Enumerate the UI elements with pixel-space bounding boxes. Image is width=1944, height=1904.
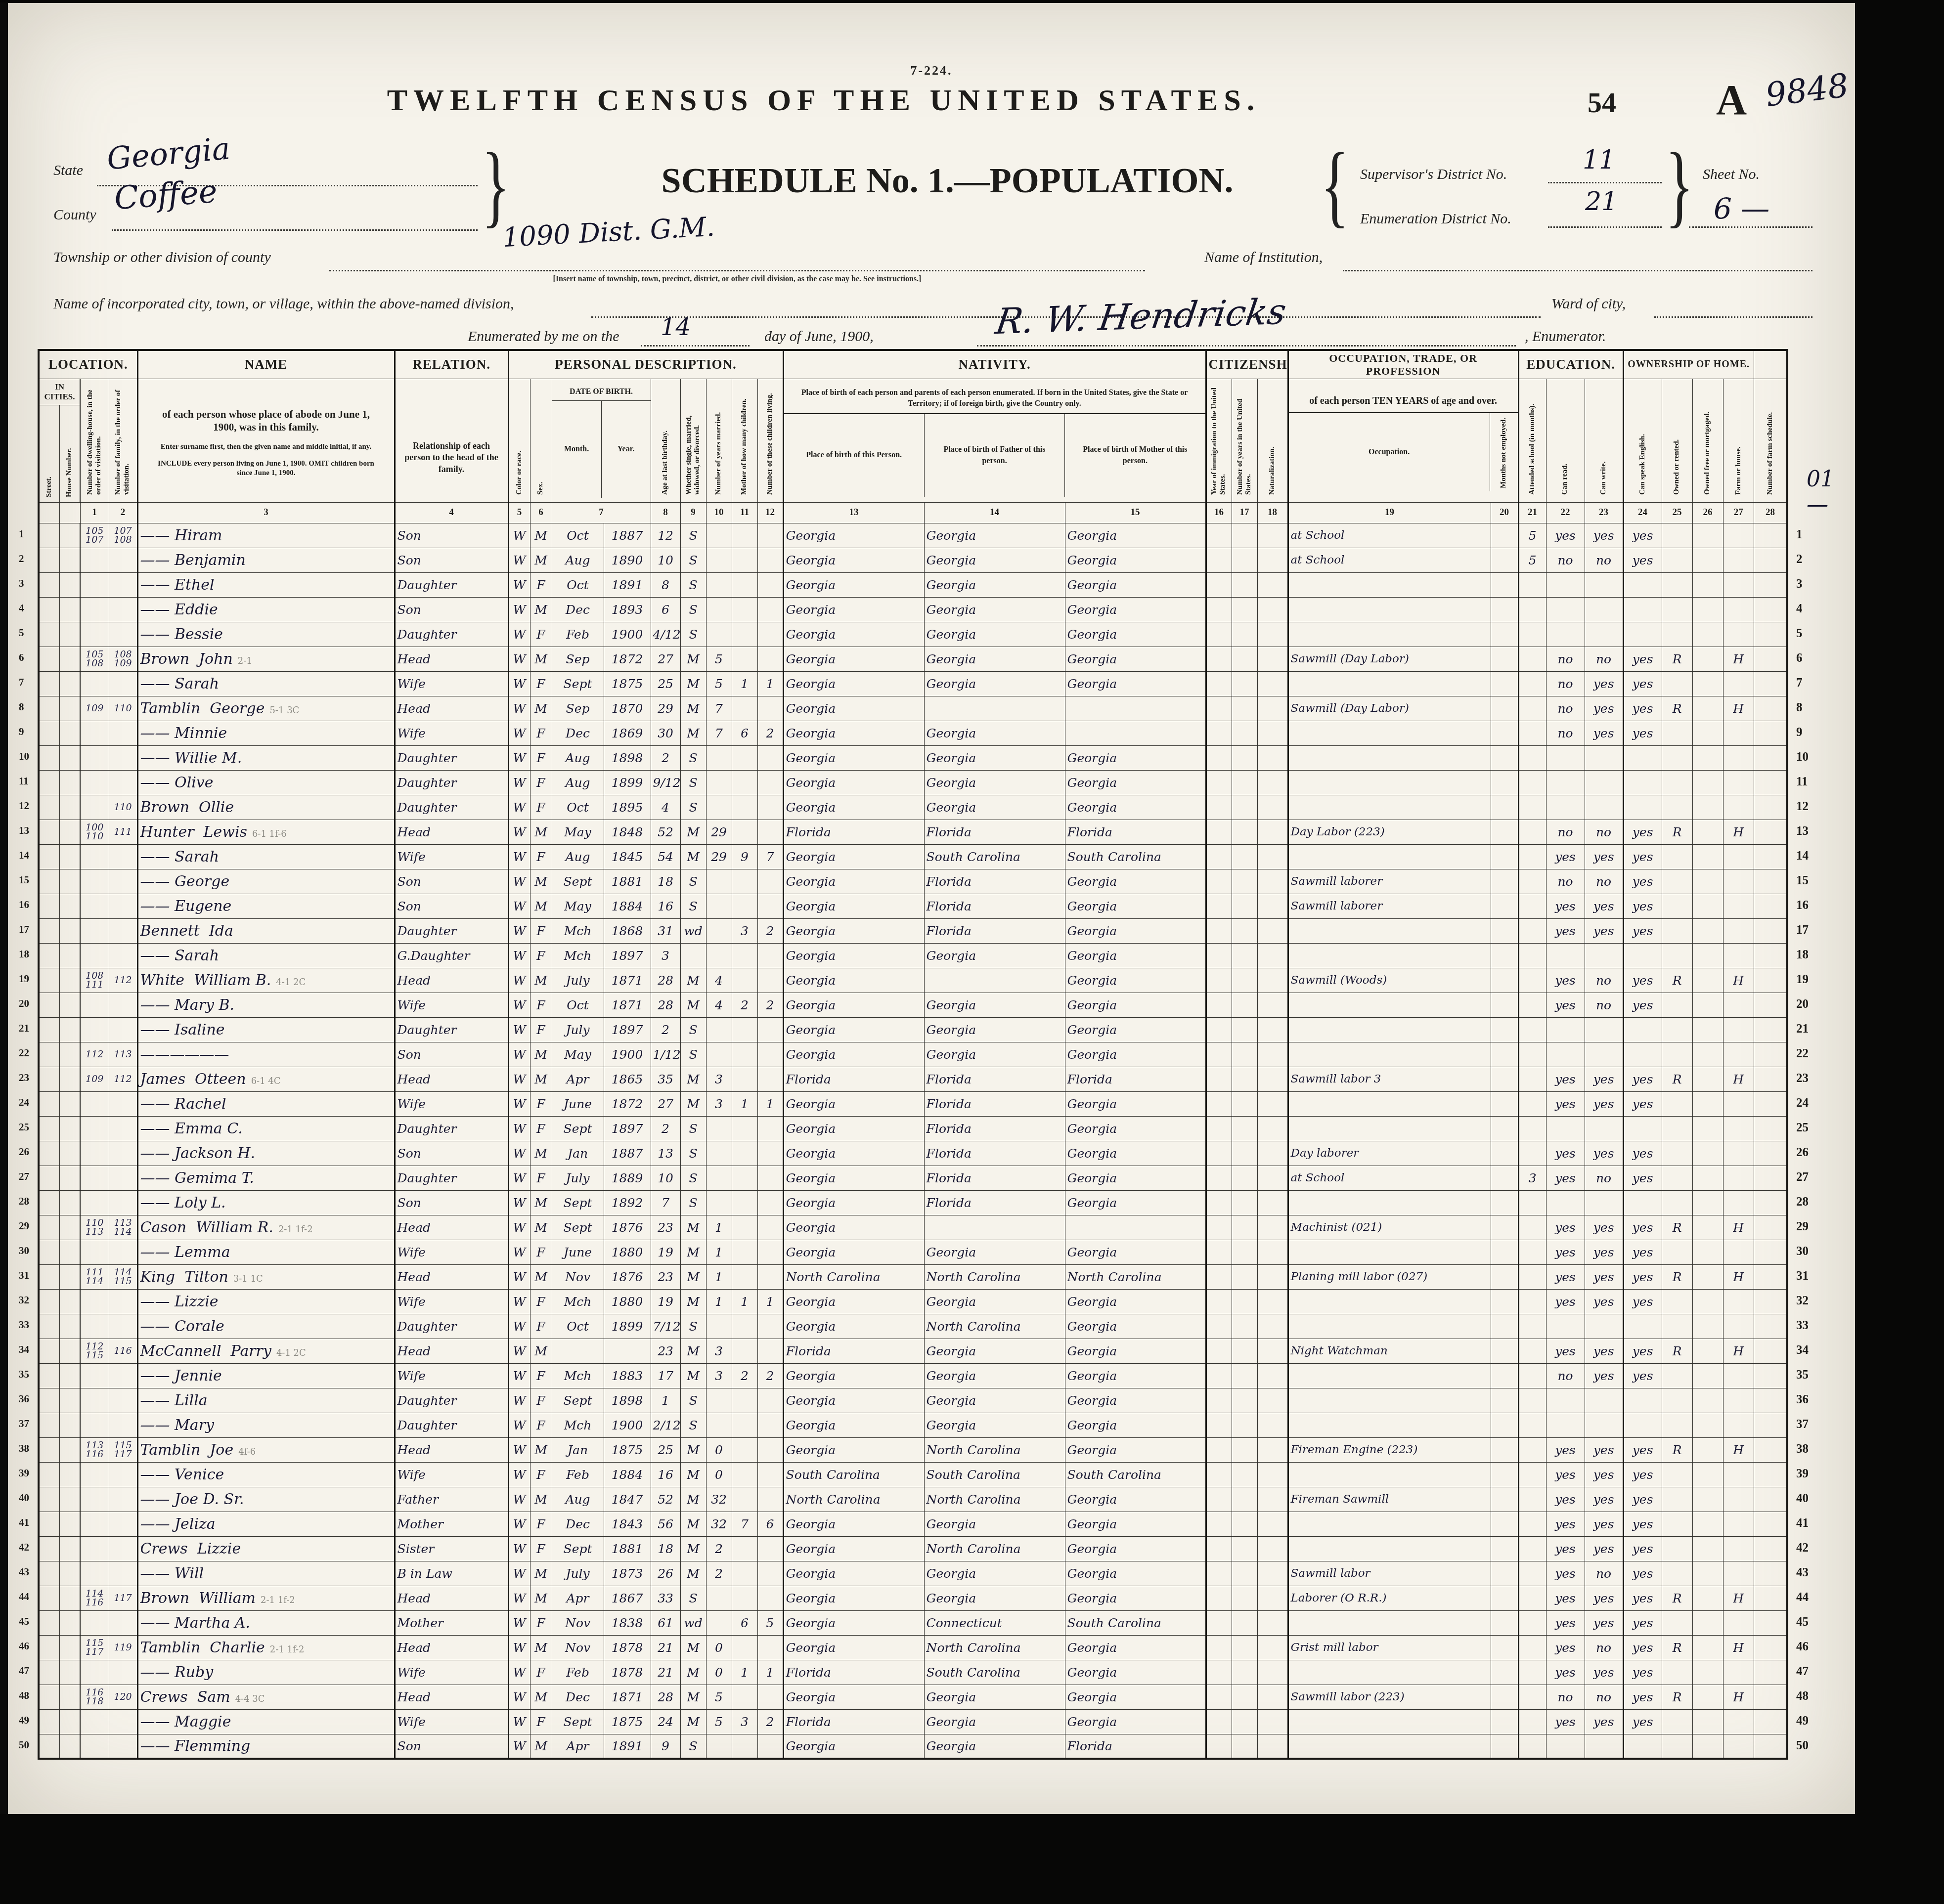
cell-can-write	[1585, 943, 1623, 968]
row-number: 18	[1796, 948, 1809, 962]
cell-can-write	[1585, 795, 1623, 820]
cell-owned-rented	[1662, 523, 1692, 548]
cell-birthplace-father	[924, 1215, 1065, 1240]
cell-years-married: 29	[706, 820, 732, 844]
cell-relation: Mother	[395, 1610, 508, 1635]
sheet-label: Sheet No.	[1703, 166, 1760, 183]
cell-years-in-us	[1232, 1314, 1257, 1339]
cell-family-number	[109, 1240, 137, 1264]
row-number: 1	[1796, 528, 1803, 542]
table-row: —— IsalineDaughterWFJuly18972SGeorgiaGeo…	[39, 1017, 1787, 1042]
table-row: 111 114114 115King Tilton3-1 1CHeadWMNov…	[39, 1264, 1787, 1289]
row-number: 44	[19, 1591, 29, 1603]
cell-farm-or-house	[1723, 1561, 1754, 1586]
cell-family-number	[109, 1141, 137, 1166]
cell-children-living	[757, 647, 783, 671]
table-row: —— Joe D. Sr.FatherWMAug184752M32North C…	[39, 1487, 1787, 1512]
cell-children-living	[757, 1190, 783, 1215]
cell-naturalization	[1257, 1264, 1288, 1289]
cell-occupation	[1288, 1709, 1491, 1734]
cell-marital-status: M	[680, 820, 706, 844]
cell-naturalization	[1257, 844, 1288, 869]
cell-immigration-year	[1206, 572, 1232, 597]
cell-birth-month: July	[552, 1017, 604, 1042]
form-number: 7-224.	[8, 63, 1855, 78]
cell-marital-status: S	[680, 1314, 706, 1339]
cell-marital-status: M	[680, 696, 706, 721]
cell-farm-or-house	[1723, 993, 1754, 1017]
cell-birthplace-father: South Carolina	[924, 1462, 1065, 1487]
cell-owned-rented	[1662, 1017, 1692, 1042]
cell-mother-of-children: 9	[732, 844, 757, 869]
cell-birth-year: 1838	[604, 1610, 651, 1635]
cell-birthplace-father: Connecticut	[924, 1610, 1065, 1635]
cell-color: W	[508, 918, 530, 943]
cell-sex: M	[530, 1215, 552, 1240]
cell-mother-of-children	[732, 1141, 757, 1166]
cell-birth-month: Aug	[552, 745, 604, 770]
col-house-header: House Number.	[59, 405, 80, 502]
cell-dwelling-number: 105 108	[80, 647, 109, 671]
cell-marital-status: M	[680, 1289, 706, 1314]
cell-family-number: 110	[109, 696, 137, 721]
cell-house-number	[59, 1734, 80, 1759]
cell-sex: M	[530, 597, 552, 622]
cell-birth-month	[552, 1339, 604, 1363]
cell-farm-schedule	[1754, 1462, 1787, 1487]
group-nativity: NATIVITY.	[783, 350, 1206, 379]
row-number: 13	[1796, 824, 1809, 838]
cell-name: —— Eugene	[137, 894, 395, 918]
cell-naturalization	[1257, 869, 1288, 894]
cell-birthplace-person: Georgia	[783, 1091, 924, 1116]
cell-years-married	[706, 770, 732, 795]
cell-street	[39, 1709, 59, 1734]
cell-marital-status: M	[680, 844, 706, 869]
cell-mother-of-children: 6	[732, 721, 757, 745]
cell-can-speak-english: yes	[1623, 1561, 1662, 1586]
cell-relation: Head	[395, 820, 508, 844]
cell-birthplace-mother	[1065, 1215, 1206, 1240]
cell-mother-of-children	[732, 894, 757, 918]
cell-birth-month: Sep	[552, 696, 604, 721]
cell-birthplace-person: Georgia	[783, 968, 924, 993]
enumerated-prefix: Enumerated by me on the	[468, 328, 619, 345]
cell-naturalization	[1257, 1314, 1288, 1339]
cell-birth-year: 1887	[604, 1141, 651, 1166]
cell-naturalization	[1257, 1190, 1288, 1215]
cell-name: Tamblin Charlie2-1 1f-2	[137, 1635, 395, 1660]
cell-months-not-employed	[1491, 943, 1518, 968]
cell-marital-status: M	[680, 1240, 706, 1264]
cell-name: —— Sarah	[137, 671, 395, 696]
cell-marital-status: S	[680, 523, 706, 548]
cell-dwelling-number	[80, 1314, 109, 1339]
table-row: —— BessieDaughterWFFeb19004/12SGeorgiaGe…	[39, 622, 1787, 647]
cell-mother-of-children	[732, 869, 757, 894]
county-label: County	[53, 207, 96, 223]
cell-occupation	[1288, 1734, 1491, 1759]
cell-street	[39, 1091, 59, 1116]
cell-owned-free-mortgaged	[1692, 1586, 1723, 1610]
cell-color: W	[508, 1561, 530, 1586]
cell-mother-of-children: 7	[732, 1512, 757, 1536]
cell-farm-or-house: H	[1723, 820, 1754, 844]
cell-relation: Wife	[395, 1289, 508, 1314]
row-number: 19	[19, 973, 29, 985]
cell-marital-status: S	[680, 1190, 706, 1215]
cell-months-not-employed	[1491, 1141, 1518, 1166]
cell-occupation	[1288, 671, 1491, 696]
cell-can-speak-english: yes	[1623, 1240, 1662, 1264]
cell-attended-school	[1518, 1610, 1546, 1635]
cell-house-number	[59, 1512, 80, 1536]
cell-children-living	[757, 1067, 783, 1091]
cell-can-speak-english: yes	[1623, 1487, 1662, 1512]
cell-owned-rented	[1662, 548, 1692, 572]
cell-owned-rented	[1662, 572, 1692, 597]
cell-farm-schedule	[1754, 671, 1787, 696]
cell-birthplace-person: Georgia	[783, 523, 924, 548]
cell-farm-or-house	[1723, 671, 1754, 696]
cell-birthplace-person: Georgia	[783, 622, 924, 647]
cell-marital-status: S	[680, 1388, 706, 1413]
cell-occupation	[1288, 1512, 1491, 1536]
cell-owned-rented	[1662, 1610, 1692, 1635]
cell-can-speak-english: yes	[1623, 1289, 1662, 1314]
cell-birthplace-person: Georgia	[783, 1437, 924, 1462]
cell-immigration-year	[1206, 1240, 1232, 1264]
cell-birthplace-person: Georgia	[783, 869, 924, 894]
cell-farm-or-house	[1723, 844, 1754, 869]
cell-naturalization	[1257, 523, 1288, 548]
cell-farm-schedule	[1754, 1734, 1787, 1759]
cell-relation: Head	[395, 1264, 508, 1289]
ward-label: Ward of city,	[1551, 296, 1626, 312]
cell-owned-rented	[1662, 597, 1692, 622]
cell-months-not-employed	[1491, 1487, 1518, 1512]
group-name: NAME	[137, 350, 395, 379]
cell-occupation: Machinist (021)	[1288, 1215, 1491, 1240]
cell-house-number	[59, 993, 80, 1017]
col-months-not-employed-header: Months not employed.	[1490, 413, 1518, 491]
cell-color: W	[508, 1264, 530, 1289]
row-number: 25	[1796, 1121, 1809, 1135]
row-number: 28	[1796, 1195, 1809, 1209]
cell-can-read: yes	[1546, 1091, 1585, 1116]
cell-farm-schedule	[1754, 1339, 1787, 1363]
cell-can-write: no	[1585, 1166, 1623, 1190]
cell-naturalization	[1257, 1610, 1288, 1635]
cell-years-married: 5	[706, 1685, 732, 1709]
cell-birthplace-person: Georgia	[783, 795, 924, 820]
cell-attended-school	[1518, 1709, 1546, 1734]
cell-attended-school	[1518, 1635, 1546, 1660]
cell-months-not-employed	[1491, 1116, 1518, 1141]
row-number: 36	[19, 1393, 29, 1405]
cell-owned-free-mortgaged	[1692, 1091, 1723, 1116]
cell-can-write: yes	[1585, 1339, 1623, 1363]
cell-name: —— Bessie	[137, 622, 395, 647]
cell-can-write: yes	[1585, 1512, 1623, 1536]
cell-street	[39, 1264, 59, 1289]
cell-mother-of-children	[732, 1116, 757, 1141]
cell-months-not-employed	[1491, 968, 1518, 993]
cell-marital-status: M	[680, 1512, 706, 1536]
cell-dwelling-number	[80, 1116, 109, 1141]
table-row: —— JennieWifeWFMch188317M322GeorgiaGeorg…	[39, 1363, 1787, 1388]
cell-mother-of-children	[732, 795, 757, 820]
cell-attended-school	[1518, 795, 1546, 820]
cell-attended-school	[1518, 1116, 1546, 1141]
cell-children-living	[757, 1141, 783, 1166]
col-can-speak-header: Can speak English.	[1623, 379, 1662, 502]
cell-relation: Wife	[395, 1363, 508, 1388]
cell-marital-status: M	[680, 1487, 706, 1512]
table-row: —— EthelDaughterWFOct18918SGeorgiaGeorgi…	[39, 572, 1787, 597]
cell-owned-free-mortgaged	[1692, 1017, 1723, 1042]
cell-dwelling-number	[80, 671, 109, 696]
cell-sex: F	[530, 1116, 552, 1141]
cell-years-married: 0	[706, 1635, 732, 1660]
cell-age: 1/12	[651, 1042, 680, 1067]
occupation-header: of each person TEN YEARS of age and over…	[1288, 379, 1518, 502]
row-number: 23	[1796, 1072, 1809, 1085]
row-number: 31	[19, 1269, 29, 1282]
table-row: —— RubyWifeWFFeb187821M011FloridaSouth C…	[39, 1660, 1787, 1685]
cell-can-write: no	[1585, 968, 1623, 993]
cell-color: W	[508, 1215, 530, 1240]
cell-months-not-employed	[1491, 671, 1518, 696]
cell-owned-rented	[1662, 1734, 1692, 1759]
cell-mother-of-children	[732, 1561, 757, 1586]
cell-can-write	[1585, 597, 1623, 622]
cell-birthplace-father: Florida	[924, 1141, 1065, 1166]
cell-house-number	[59, 943, 80, 968]
cell-age: 8	[651, 572, 680, 597]
cell-occupation	[1288, 943, 1491, 968]
cell-relation: Son	[395, 1141, 508, 1166]
cell-mother-of-children	[732, 597, 757, 622]
cell-can-speak-english: yes	[1623, 647, 1662, 671]
cell-owned-rented	[1662, 1487, 1692, 1512]
row-number: 23	[19, 1072, 29, 1084]
cell-months-not-employed	[1491, 1166, 1518, 1190]
cell-naturalization	[1257, 894, 1288, 918]
cell-birth-month: Sept	[552, 869, 604, 894]
cell-years-in-us	[1232, 548, 1257, 572]
col-year-header: Year.	[601, 401, 651, 498]
cell-mother-of-children	[732, 647, 757, 671]
cell-age: 9/12	[651, 770, 680, 795]
cell-years-in-us	[1232, 1487, 1257, 1512]
cell-street	[39, 1116, 59, 1141]
cell-street	[39, 647, 59, 671]
cell-farm-schedule	[1754, 1141, 1787, 1166]
row-number: 30	[19, 1245, 29, 1257]
cell-birth-year: 1872	[604, 1091, 651, 1116]
cell-street	[39, 820, 59, 844]
cell-farm-schedule	[1754, 1709, 1787, 1734]
cell-birth-year: 1897	[604, 1116, 651, 1141]
cell-dwelling-number	[80, 1734, 109, 1759]
cell-mother-of-children	[732, 820, 757, 844]
cell-relation: Wife	[395, 721, 508, 745]
cell-birth-month: Sept	[552, 1190, 604, 1215]
cell-sex: M	[530, 548, 552, 572]
cell-months-not-employed	[1491, 523, 1518, 548]
group-citizenship: CITIZENSHIP.	[1206, 350, 1288, 379]
col-family-header: Number of family, in the order of visita…	[109, 379, 137, 502]
cell-years-married	[706, 745, 732, 770]
cell-house-number	[59, 622, 80, 647]
cell-birth-year: 1895	[604, 795, 651, 820]
cell-birth-month: Aug	[552, 548, 604, 572]
cell-birthplace-person: Florida	[783, 1339, 924, 1363]
cell-street	[39, 795, 59, 820]
cell-relation: Head	[395, 1685, 508, 1709]
cell-farm-schedule	[1754, 968, 1787, 993]
cell-naturalization	[1257, 1215, 1288, 1240]
cell-birth-month: Mch	[552, 1413, 604, 1437]
cell-occupation: at School	[1288, 523, 1491, 548]
cell-can-speak-english	[1623, 770, 1662, 795]
cell-dwelling-number: 100 110	[80, 820, 109, 844]
cell-years-married: 0	[706, 1437, 732, 1462]
cell-street	[39, 918, 59, 943]
cell-dwelling-number	[80, 1240, 109, 1264]
col-name-header: of each person whose place of abode on J…	[137, 379, 395, 502]
table-row: —— FlemmingSonWMApr18919SGeorgiaGeorgiaF…	[39, 1734, 1787, 1759]
cell-house-number	[59, 1660, 80, 1685]
cell-can-read: yes	[1546, 968, 1585, 993]
cell-age: 54	[651, 844, 680, 869]
cell-birth-month: July	[552, 1166, 604, 1190]
cell-farm-schedule	[1754, 622, 1787, 647]
cell-dwelling-number	[80, 745, 109, 770]
cell-age: 30	[651, 721, 680, 745]
cell-house-number	[59, 1388, 80, 1413]
cell-sex: M	[530, 1190, 552, 1215]
cell-birth-month: Oct	[552, 993, 604, 1017]
cell-months-not-employed	[1491, 820, 1518, 844]
cell-color: W	[508, 1709, 530, 1734]
row-number: 29	[19, 1220, 29, 1232]
cell-mother-of-children	[732, 1586, 757, 1610]
cell-family-number	[109, 1017, 137, 1042]
cell-name: King Tilton3-1 1C	[137, 1264, 395, 1289]
cell-farm-schedule	[1754, 1190, 1787, 1215]
cell-can-read: yes	[1546, 1215, 1585, 1240]
cell-house-number	[59, 820, 80, 844]
cell-can-read: yes	[1546, 523, 1585, 548]
cell-children-living	[757, 1314, 783, 1339]
cell-house-number	[59, 1685, 80, 1709]
cell-house-number	[59, 1487, 80, 1512]
cell-dwelling-number	[80, 1091, 109, 1116]
table-row: —— MaryDaughterWFMch19002/12SGeorgiaGeor…	[39, 1413, 1787, 1437]
cell-birthplace-mother	[1065, 721, 1206, 745]
cell-birthplace-mother: Georgia	[1065, 1314, 1206, 1339]
cell-street	[39, 721, 59, 745]
row-number: 12	[19, 800, 29, 812]
enumerator-suffix: , Enumerator.	[1525, 328, 1606, 345]
cell-owned-rented	[1662, 1240, 1692, 1264]
cell-can-read: no	[1546, 696, 1585, 721]
cell-birthplace-mother: Georgia	[1065, 1190, 1206, 1215]
cell-color: W	[508, 1660, 530, 1685]
cell-street	[39, 968, 59, 993]
cell-dwelling-number	[80, 869, 109, 894]
cell-naturalization	[1257, 696, 1288, 721]
cell-years-married	[706, 597, 732, 622]
cell-farm-schedule	[1754, 1314, 1787, 1339]
cell-can-write	[1585, 770, 1623, 795]
cell-months-not-employed	[1491, 993, 1518, 1017]
cell-can-read	[1546, 1413, 1585, 1437]
row-number: 46	[1796, 1640, 1809, 1654]
cell-immigration-year	[1206, 1363, 1232, 1388]
cell-farm-or-house	[1723, 1610, 1754, 1635]
cell-birthplace-mother: Georgia	[1065, 968, 1206, 993]
cell-months-not-employed	[1491, 1215, 1518, 1240]
cell-marital-status: M	[680, 671, 706, 696]
cell-farm-or-house	[1723, 1042, 1754, 1067]
cell-marital-status: S	[680, 1413, 706, 1437]
cell-dwelling-number	[80, 795, 109, 820]
cell-birthplace-mother: Georgia	[1065, 597, 1206, 622]
cell-immigration-year	[1206, 1561, 1232, 1586]
table-row: 114 116117Brown William2-1 1f-2HeadWMApr…	[39, 1586, 1787, 1610]
cell-relation: Wife	[395, 993, 508, 1017]
cell-family-number	[109, 1166, 137, 1190]
cell-children-living: 5	[757, 1610, 783, 1635]
col-years-in-us-header: Number of years in the United States.	[1232, 379, 1257, 502]
cell-months-not-employed	[1491, 1289, 1518, 1314]
cell-age: 27	[651, 1091, 680, 1116]
cell-occupation: Laborer (O R.R.)	[1288, 1586, 1491, 1610]
row-number: 37	[19, 1418, 29, 1430]
cell-years-in-us	[1232, 1067, 1257, 1091]
table-row: Bennett IdaDaughterWFMch186831wd32Georgi…	[39, 918, 1787, 943]
cell-relation: Head	[395, 1339, 508, 1363]
cell-color: W	[508, 622, 530, 647]
group-ownership: OWNERSHIP OF HOME.	[1623, 350, 1754, 379]
cell-can-write: yes	[1585, 918, 1623, 943]
cell-occupation	[1288, 1314, 1491, 1339]
cell-can-write: yes	[1585, 1610, 1623, 1635]
cell-age: 2	[651, 1116, 680, 1141]
cell-years-married: 4	[706, 993, 732, 1017]
cell-immigration-year	[1206, 869, 1232, 894]
cell-street	[39, 993, 59, 1017]
enumeration-label: Enumeration District No.	[1360, 211, 1511, 227]
cell-can-speak-english: yes	[1623, 1610, 1662, 1635]
cell-birthplace-father: Georgia	[924, 993, 1065, 1017]
cell-owned-free-mortgaged	[1692, 671, 1723, 696]
cell-children-living	[757, 1388, 783, 1413]
cell-years-in-us	[1232, 844, 1257, 869]
cell-marital-status: M	[680, 721, 706, 745]
cell-street	[39, 548, 59, 572]
cell-years-married	[706, 1734, 732, 1759]
cell-street	[39, 1536, 59, 1561]
cell-age: 29	[651, 696, 680, 721]
cell-years-in-us	[1232, 1586, 1257, 1610]
cell-sex: M	[530, 523, 552, 548]
cell-attended-school	[1518, 1413, 1546, 1437]
row-number: 38	[19, 1442, 29, 1455]
